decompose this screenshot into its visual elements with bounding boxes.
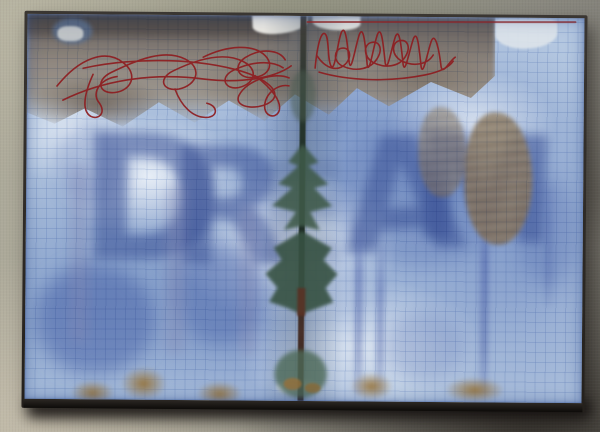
red-ink-scribbles xyxy=(25,14,585,403)
sketchbook: D R E A M xyxy=(21,11,587,412)
open-pages: D R E A M xyxy=(25,14,585,403)
photo-scene: D R E A M xyxy=(0,0,600,432)
